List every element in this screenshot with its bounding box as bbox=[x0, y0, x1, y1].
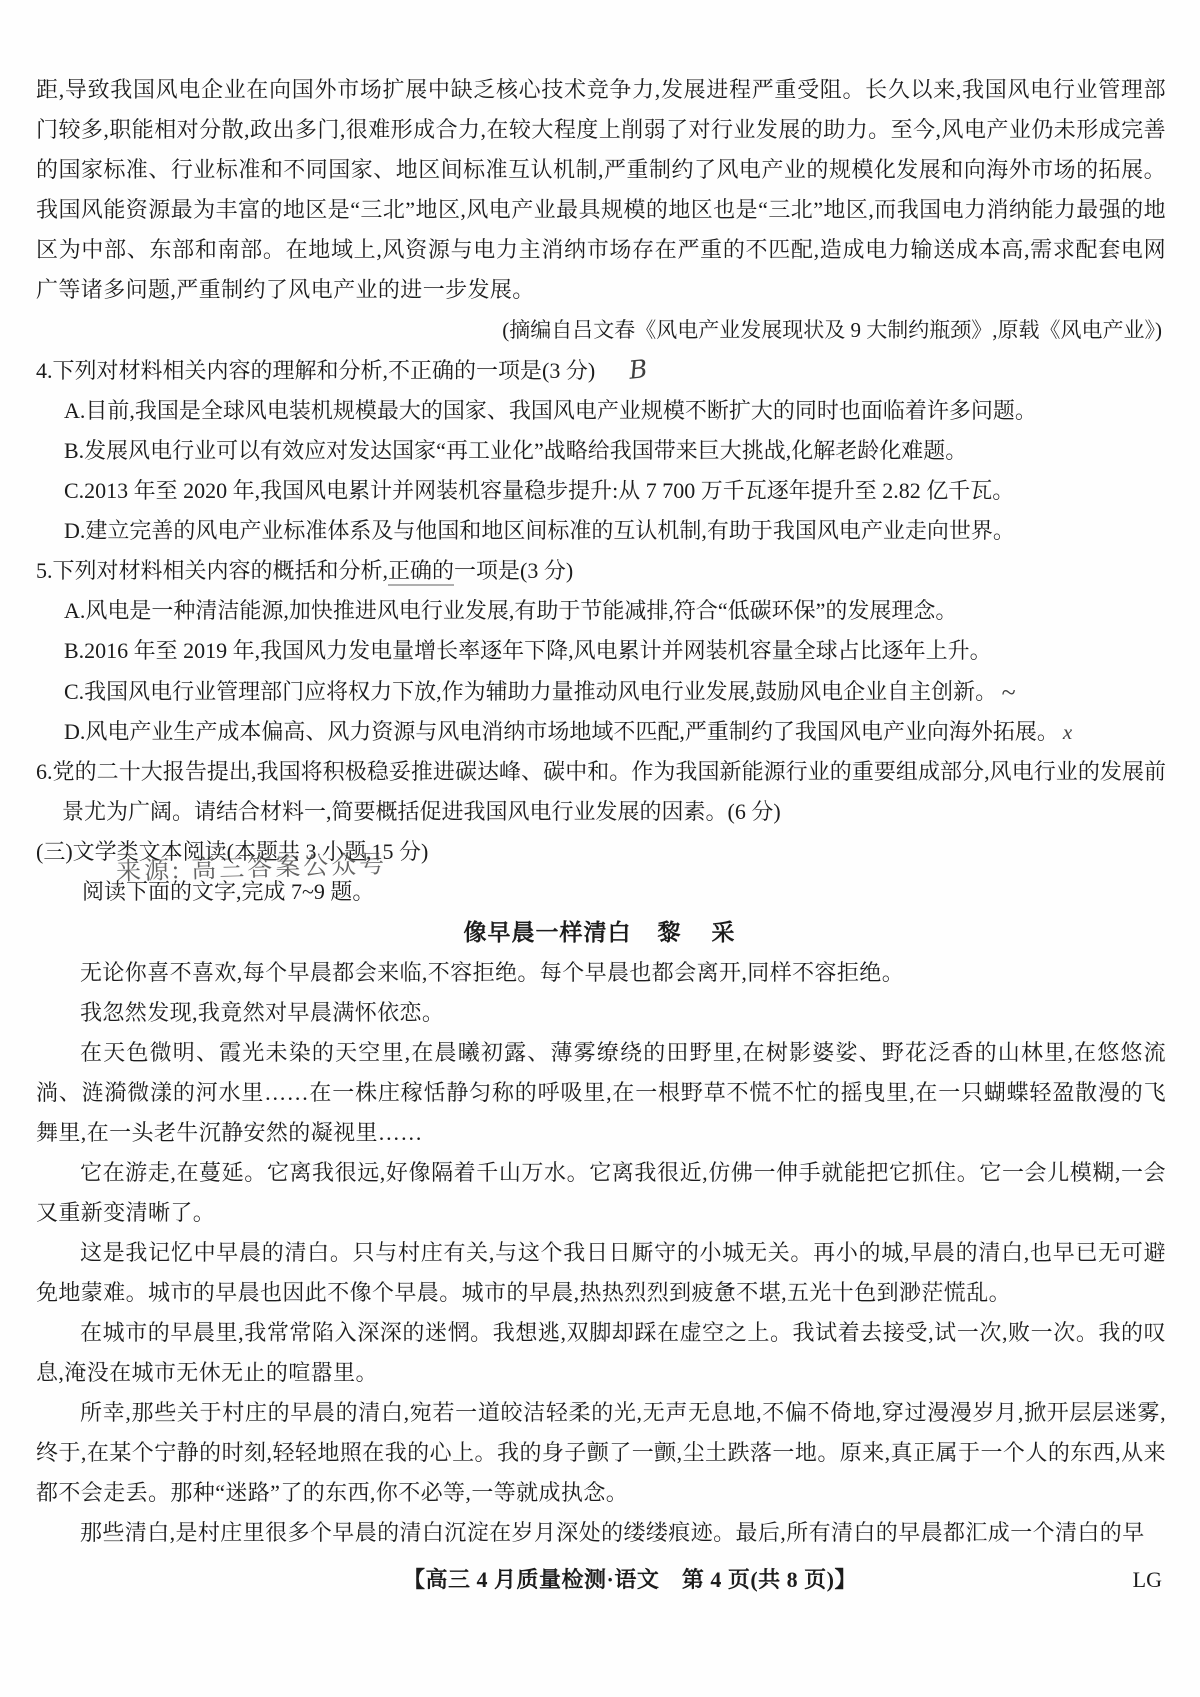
essay-title: 像早晨一样清白 bbox=[464, 919, 632, 945]
question-4: 4.下列对材料相关内容的理解和分析,不正确的一项是(3 分)B A.目前,我国是… bbox=[36, 350, 1166, 551]
question-5-option-c-text: C.我国风电行业管理部门应将权力下放,作为辅助力量推动风电行业发展,鼓励风电企业… bbox=[64, 679, 997, 704]
material-continuation-paragraph: 距,导致我国风电企业在向国外市场扩展中缺乏核心技术竞争力,发展进程严重受阻。长久… bbox=[36, 70, 1166, 310]
footer-page-label: 【高三 4 月质量检测·语文 第 4 页(共 8 页)】 bbox=[0, 1560, 1200, 1600]
handwritten-squiggle-mark: ~ bbox=[1001, 673, 1015, 713]
question-5-stem-pre: 5.下列对材料相关内容的概括和分析, bbox=[36, 558, 388, 583]
footer-code: LG bbox=[1133, 1560, 1162, 1600]
question-5: 5.下列对材料相关内容的概括和分析,正确的一项是(3 分) A.风电是一种清洁能… bbox=[36, 551, 1166, 752]
essay-paragraph-5: 这是我记忆中早晨的清白。只与村庄有关,与这个我日日厮守的小城无关。再小的城,早晨… bbox=[36, 1233, 1166, 1313]
question-4-stem: 4.下列对材料相关内容的理解和分析,不正确的一项是(3 分)B bbox=[36, 350, 1166, 391]
question-5-stem: 5.下列对材料相关内容的概括和分析,正确的一项是(3 分) bbox=[36, 551, 1166, 591]
exam-paper-page: 距,导致我国风电企业在向国外市场扩展中缺乏核心技术竞争力,发展进程严重受阻。长久… bbox=[0, 0, 1200, 1697]
essay-author: 黎 采 bbox=[658, 920, 739, 945]
question-5-option-d: D.风电产业生产成本偏高、风力资源与风电消纳市场地域不匹配,严重制约了我国风电产… bbox=[36, 712, 1166, 752]
handwritten-answer-mark-q4: B bbox=[627, 349, 649, 391]
essay-paragraph-3: 在天色微明、霞光未染的天空里,在晨曦初露、薄雾缭绕的田野里,在树影婆娑、野花泛香… bbox=[36, 1033, 1166, 1153]
essay-paragraph-2: 我忽然发现,我竟然对早晨满怀依恋。 bbox=[36, 993, 1166, 1033]
essay-paragraph-1: 无论你喜不喜欢,每个早晨都会来临,不容拒绝。每个早晨也都会离开,同样不容拒绝。 bbox=[36, 953, 1166, 993]
essay-paragraph-7: 所幸,那些关于村庄的早晨的清白,宛若一道皎洁轻柔的光,无声无息地,不偏不倚地,穿… bbox=[36, 1393, 1166, 1513]
question-4-option-c: C.2013 年至 2020 年,我国风电累计并网装机容量稳步提升:从 7 70… bbox=[36, 471, 1166, 511]
essay-paragraph-4: 它在游走,在蔓延。它离我很远,好像隔着千山万水。它离我很近,仿佛一伸手就能把它抓… bbox=[36, 1153, 1166, 1233]
question-5-stem-underlined: 正确的 bbox=[388, 558, 454, 586]
question-5-option-b: B.2016 年至 2019 年,我国风力发电量增长率逐年下降,风电累计并网装机… bbox=[36, 631, 1166, 671]
handwritten-x-mark: x bbox=[1063, 712, 1072, 752]
essay-title-row: 像早晨一样清白黎 采 bbox=[36, 912, 1166, 953]
essay-paragraph-8: 那些清白,是村庄里很多个早晨的清白沉淀在岁月深处的缕缕痕迹。最后,所有清白的早晨… bbox=[36, 1513, 1166, 1553]
question-6: 6.党的二十大报告提出,我国将积极稳妥推进碳达峰、碳中和。作为我国新能源行业的重… bbox=[36, 752, 1166, 832]
essay-paragraph-6: 在城市的早晨里,我常常陷入深深的迷惘。我想逃,双脚却踩在虚空之上。我试着去接受,… bbox=[36, 1313, 1166, 1393]
question-5-option-a: A.风电是一种清洁能源,加快推进风电行业发展,有助于节能减排,符合“低碳环保”的… bbox=[36, 591, 1166, 631]
question-4-option-b: B.发展风电行业可以有效应对发达国家“再工业化”战略给我国带来巨大挑战,化解老龄… bbox=[36, 431, 1166, 471]
material-attribution: (摘编自吕文春《风电产业发展现状及 9 大制约瓶颈》,原载《风电产业》) bbox=[36, 310, 1166, 350]
question-4-stem-text: 4.下列对材料相关内容的理解和分析,不正确的一项是(3 分) bbox=[36, 358, 595, 383]
question-5-option-d-text: D.风电产业生产成本偏高、风力资源与风电消纳市场地域不匹配,严重制约了我国风电产… bbox=[64, 719, 1059, 744]
question-5-stem-post: 一项是(3 分) bbox=[454, 558, 573, 583]
source-watermark: 来源: 高三答案公众号 bbox=[116, 844, 388, 888]
question-4-option-a: A.目前,我国是全球风电装机规模最大的国家、我国风电产业规模不断扩大的同时也面临… bbox=[36, 391, 1166, 431]
page-footer: 【高三 4 月质量检测·语文 第 4 页(共 8 页)】 LG bbox=[0, 1560, 1200, 1600]
question-4-option-d: D.建立完善的风电产业标准体系及与他国和地区间标准的互认机制,有助于我国风电产业… bbox=[36, 511, 1166, 551]
question-5-option-c: C.我国风电行业管理部门应将权力下放,作为辅助力量推动风电行业发展,鼓励风电企业… bbox=[36, 671, 1166, 712]
